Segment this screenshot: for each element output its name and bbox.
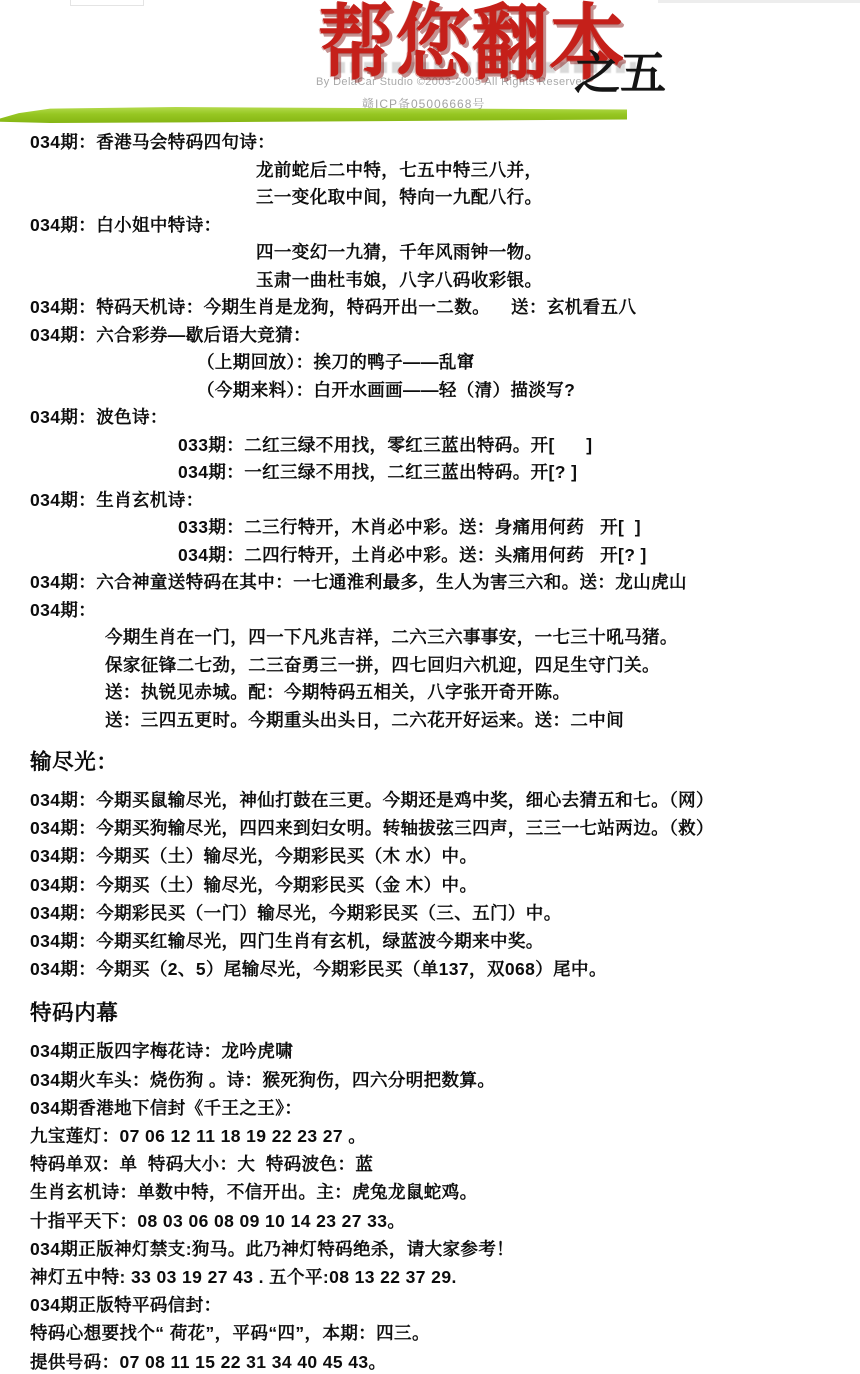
temaneimu-line: 034期正版神灯禁支:狗马。此乃神灯特码绝杀，请大家参考！ xyxy=(30,1235,846,1263)
shujinguang-line: 034期：今期买（土）输尽光，今期彩民买（金 木）中。 xyxy=(30,871,846,899)
section-heading-temaneimu: 特码内幕 xyxy=(30,998,846,1028)
wave-poem-line: 034期：一红三绿不用找，二红三蓝出特码。开[? ] xyxy=(30,459,846,487)
verse-line: 今期生肖在一门，四一下凡兆吉祥，二六三六事事安，一七三十吼马猪。 xyxy=(30,624,846,652)
shujinguang-line: 034期：今期买（2、5）尾输尽光，今期彩民买（单137，双068）尾中。 xyxy=(30,955,846,983)
temaneimu-line: 九宝莲灯：07 06 12 11 18 19 22 23 27 。 xyxy=(30,1122,846,1150)
wave-poem-line: 033期：二红三绿不用找，零红三蓝出特码。开[ ] xyxy=(30,432,846,460)
section-issue-poems: 034期：香港马会特码四句诗： 龙前蛇后二中特，七五中特三八并， 三一变化取中间… xyxy=(30,129,846,734)
scan-artifact-left xyxy=(70,0,144,6)
poem-line: 龙前蛇后二中特，七五中特三八并， xyxy=(30,157,846,185)
scan-artifact-right xyxy=(658,0,860,3)
zodiac-poem-line: 033期：二三行特开，木肖必中彩。送：身痛用何药 开[ ] xyxy=(30,514,846,542)
section-heading-shujinguang: 输尽光： xyxy=(30,747,846,777)
issue-line: 034期：白小姐中特诗： xyxy=(30,212,846,240)
shujinguang-line: 034期：今期彩民买（一门）输尽光，今期彩民买（三、五门）中。 xyxy=(30,899,846,927)
section-shujinguang: 034期：今期买鼠输尽光，神仙打鼓在三更。今期还是鸡中奖，细心去猜五和七。（网）… xyxy=(30,786,846,983)
poem-line: 三一变化取中间，特向一九配八行。 xyxy=(30,184,846,212)
issue-line: 034期：香港马会特码四句诗： xyxy=(30,129,846,157)
page: { "header": { "title": "帮您翻本", "series":… xyxy=(0,0,860,1374)
issue-line: 034期：六合彩券—歇后语大竞猜： xyxy=(30,322,846,350)
temaneimu-line: 034期正版四字梅花诗：龙吟虎啸 xyxy=(30,1037,846,1065)
issue-line: 034期：生肖玄机诗： xyxy=(30,487,846,515)
verse-line: 保家征锋二七劲，二三奋勇三一拼，四七回归六机迎，四足生守门关。 xyxy=(30,652,846,680)
shujinguang-line: 034期：今期买（土）输尽光，今期彩民买（木 水）中。 xyxy=(30,842,846,870)
verse-line: 送：三四五更时。今期重头出头日，二六花开好运来。送：二中间 xyxy=(30,707,846,735)
verse-line: 送：执锐见赤城。配：今期特码五相关，八字张开奇开陈。 xyxy=(30,679,846,707)
temaneimu-line: 神灯五中特: 33 03 19 27 43 . 五个平:08 13 22 37 … xyxy=(30,1263,846,1291)
page-header: By DelaCar Studio ©2003-2005 All Rights … xyxy=(0,0,860,124)
temaneimu-line: 十指平天下：08 03 06 08 09 10 14 23 27 33。 xyxy=(30,1207,846,1235)
shujinguang-line: 034期：今期买鼠输尽光，神仙打鼓在三更。今期还是鸡中奖，细心去猜五和七。（网） xyxy=(30,786,846,814)
issue-line: 034期：波色诗： xyxy=(30,404,846,432)
issue-line: 034期： xyxy=(30,597,846,625)
issue-line: 034期：六合神童送特码在其中：一七通淮利最多，生人为害三六和。送：龙山虎山 xyxy=(30,569,846,597)
issue-line: 034期：特码天机诗：今期生肖是龙狗，特码开出一二数。 送：玄机看五八 xyxy=(30,294,846,322)
poem-line: 四一变幻一九猜，千年风雨钟一物。 xyxy=(30,239,846,267)
section-temaneimu: 034期正版四字梅花诗：龙吟虎啸 034期火车头：烧伤狗 。诗：猴死狗伤，四六分… xyxy=(30,1037,846,1374)
temaneimu-line: 特码单双：单 特码大小：大 特码波色：蓝 xyxy=(30,1150,846,1178)
riddle-line: （上期回放）：挨刀的鸭子——乱窜 xyxy=(30,349,846,377)
shujinguang-line: 034期：今期买狗输尽光，四四来到妇女明。转轴拔弦三四声，三三一七站两边。（救） xyxy=(30,814,846,842)
page-content: 034期：香港马会特码四句诗： 龙前蛇后二中特，七五中特三八并， 三一变化取中间… xyxy=(0,124,860,1374)
poem-line: 玉肃一曲杜韦娘，八字八码收彩银。 xyxy=(30,267,846,295)
temaneimu-line: 034期火车头：烧伤狗 。诗：猴死狗伤，四六分明把数算。 xyxy=(30,1066,846,1094)
title-series-number: 之五 xyxy=(574,50,666,96)
temaneimu-line: 034期正版特平码信封： xyxy=(30,1291,846,1319)
zodiac-poem-line: 034期：二四行特开，土肖必中彩。送：头痛用何药 开[? ] xyxy=(30,542,846,570)
temaneimu-line: 生肖玄机诗：单数中特，不信开出。主：虎兔龙鼠蛇鸡。 xyxy=(30,1178,846,1206)
temaneimu-line: 特码心想要找个“ 荷花”，平码“四”，本期：四三。 xyxy=(30,1319,846,1347)
shujinguang-line: 034期：今期买红输尽光，四门生肖有玄机，绿蓝波今期来中奖。 xyxy=(30,927,846,955)
green-stripe-divider xyxy=(0,107,627,123)
riddle-line: （今期来料）：白开水画画——轻（清）描淡写? xyxy=(30,377,846,405)
temaneimu-line: 提供号码：07 08 11 15 22 31 34 40 45 43。 xyxy=(30,1348,846,1374)
temaneimu-line: 034期香港地下信封《千王之王》： xyxy=(30,1094,846,1122)
